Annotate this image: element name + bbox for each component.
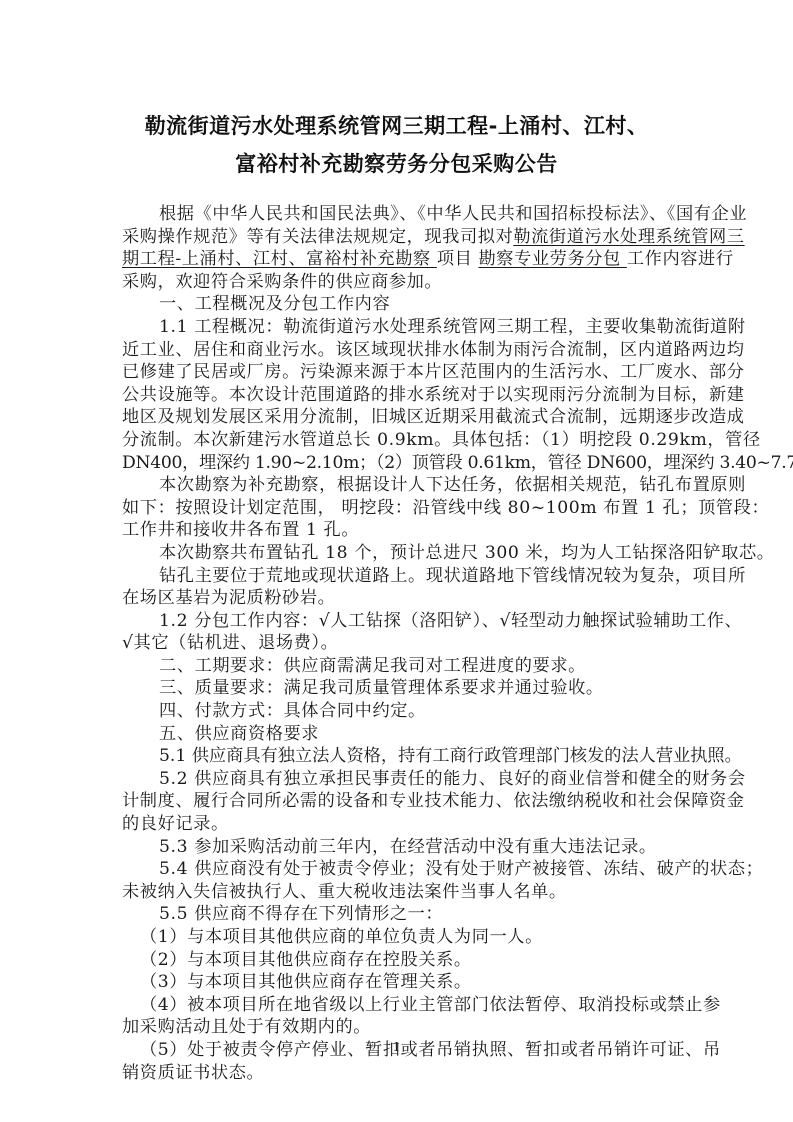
paragraph-line: 的良好记录。 <box>122 813 674 836</box>
section-heading-2: 二、工期要求：供应商需满足我司对工程进度的要求。 <box>122 655 674 678</box>
intro-line-1: 根据《中华人民共和国民法典》、《中华人民共和国招标投标法》、《国有企业 <box>122 203 674 226</box>
paragraph-line: 钻孔主要位于荒地或现状道路上。现状道路地下管线情况较为复杂，项目所 <box>122 565 674 588</box>
list-item: （2）与本项目其他供应商存在控股关系。 <box>122 949 674 972</box>
intro-line-3: 期工程-上涌村、江村、富裕村补充勘察 项目 勘察专业劳务分包 工作内容进行 <box>122 248 674 271</box>
paragraph-line: 如下：按照设计划定范围， 明挖段：沿管线中线 80~100m 布置 1 孔；顶管… <box>122 497 674 520</box>
intro-text: 项目 <box>437 249 479 269</box>
paragraph-line: 1.2 分包工作内容：√人工钻探（洛阳铲）、√轻型动力触探试验辅助工作、 <box>122 610 674 633</box>
intro-text: 采购，欢迎符合采购条件的供应商参加。 <box>122 272 442 292</box>
list-item: （3）与本项目其他供应商存在管理关系。 <box>122 971 674 994</box>
paragraph-line: 工作井和接收井各布置 1 孔。 <box>122 519 674 542</box>
paragraph-line: 公共设施等。本次设计范围道路的排水系统对于以实现雨污分流制为目标，新建 <box>122 384 674 407</box>
document-title-line-1: 勒流街道污水处理系统管网三期工程-上涌村、江村、 <box>0 110 793 140</box>
intro-line-4: 采购，欢迎符合采购条件的供应商参加。 <box>122 271 674 294</box>
section-heading-1: 一、工程概况及分包工作内容 <box>122 293 674 316</box>
paragraph-line: 地区及规划发展区采用分流制，旧城区近期采用截流式合流制，远期逐步改造成 <box>122 406 674 429</box>
paragraph-line: 近工业、居住和商业污水。该区域现状排水体制为雨污合流制，区内道路两边均 <box>122 339 674 362</box>
paragraph-line: 5.5 供应商不得存在下列情形之一： <box>122 903 674 926</box>
paragraph-line: 计制度、履行合同所必需的设备和专业技术能力、依法缴纳税收和社会保障资金 <box>122 790 674 813</box>
paragraph-line: 5.2 供应商具有独立承担民事责任的能力、良好的商业信誉和健全的财务会 <box>122 768 674 791</box>
section-heading-5: 五、供应商资格要求 <box>122 723 674 746</box>
subcontract-type-underlined: 勘察专业劳务分包 <box>479 249 627 269</box>
paragraph-line: 1.1 工程概况：勒流街道污水处理系统管网三期工程，主要收集勒流街道附 <box>122 316 674 339</box>
paragraph-line: √其它（钻机进、退场费）。 <box>122 632 674 655</box>
document-title-line-2: 富裕村补充勘察劳务分包采购公告 <box>0 148 793 178</box>
intro-text: 根据《中华人民共和国民法典》、《中华人民共和国招标投标法》、《国有企业 <box>159 204 747 224</box>
intro-line-2: 采购操作规范》等有关法律法规规定，现我司拟对勒流街道污水处理系统管网三 <box>122 226 674 249</box>
intro-text: 工作内容进行 <box>627 249 734 269</box>
paragraph-line: 已修建了民居或厂房。污染源来源于本片区范围内的生活污水、工厂废水、部分 <box>122 361 674 384</box>
list-item-continuation: 销资质证书状态。 <box>122 1062 674 1085</box>
section-heading-4: 四、付款方式：具体合同中约定。 <box>122 700 674 723</box>
page-number: 1 <box>0 1040 793 1054</box>
project-name-underlined: 期工程-上涌村、江村、富裕村补充勘察 <box>122 249 437 269</box>
paragraph-line: 未被纳入失信被执行人、重大税收违法案件当事人名单。 <box>122 881 674 904</box>
paragraph-line: 5.1 供应商具有独立法人资格，持有工商行政管理部门核发的法人营业执照。 <box>122 745 674 768</box>
intro-text: 采购操作规范》等有关法律法规规定，现我司拟对 <box>122 227 513 247</box>
list-item-continuation: 加采购活动且处于有效期内的。 <box>122 1016 674 1039</box>
paragraph-line: 分流制。本次新建污水管道总长 0.9km。具体包括：（1）明挖段 0.29km，… <box>122 429 674 452</box>
paragraph-line: 5.3 参加采购活动前三年内，在经营活动中没有重大违法记录。 <box>122 836 674 859</box>
paragraph-line: 本次勘察共布置钻孔 18 个，预计总进尺 300 米，均为人工钻探洛阳铲取芯。 <box>122 542 674 565</box>
document-body: 根据《中华人民共和国民法典》、《中华人民共和国招标投标法》、《国有企业 采购操作… <box>122 203 674 1084</box>
document-page: 勒流街道污水处理系统管网三期工程-上涌村、江村、 富裕村补充勘察劳务分包采购公告… <box>0 0 793 1122</box>
paragraph-line: 在场区基岩为泥质粉砂岩。 <box>122 587 674 610</box>
section-heading-3: 三、质量要求：满足我司质量管理体系要求并通过验收。 <box>122 677 674 700</box>
project-name-underlined: 勒流街道污水处理系统管网三 <box>513 227 744 247</box>
list-item: （4）被本项目所在地省级以上行业主管部门依法暂停、取消投标或禁止参 <box>122 994 674 1017</box>
paragraph-line: 本次勘察为补充勘察，根据设计人下达任务，依据相关规范，钻孔布置原则 <box>122 474 674 497</box>
paragraph-line: 5.4 供应商没有处于被责令停业；没有处于财产被接管、冻结、破产的状态； <box>122 858 674 881</box>
list-item: （1）与本项目其他供应商的单位负责人为同一人。 <box>122 926 674 949</box>
paragraph-line: DN400，埋深约 1.90~2.10m；（2）顶管段 0.61km，管径 DN… <box>122 452 674 475</box>
